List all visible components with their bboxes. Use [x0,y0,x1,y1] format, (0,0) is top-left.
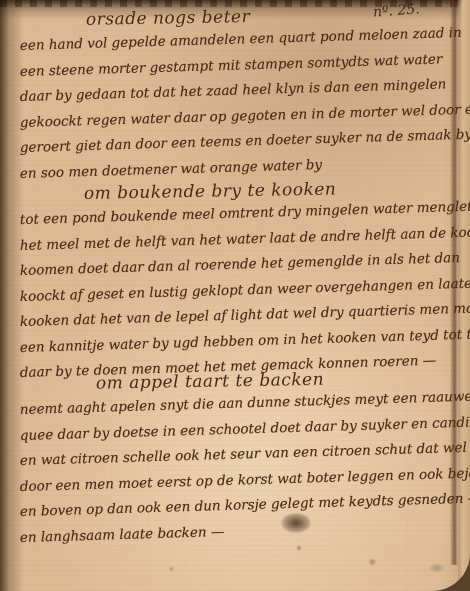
ink-blot [281,513,311,533]
manuscript-page: nº. 25. orsade nogs beter een hand vol g… [0,0,470,591]
recipe-section-boukende-bry: om boukende bry te kooken tot een pond b… [20,182,424,387]
recipe-section-orsade: orsade nogs beter een hand vol gepelde a… [20,8,424,187]
recipe-section-appel-taart: om appel taart te backen neemt aaght ape… [20,372,424,551]
